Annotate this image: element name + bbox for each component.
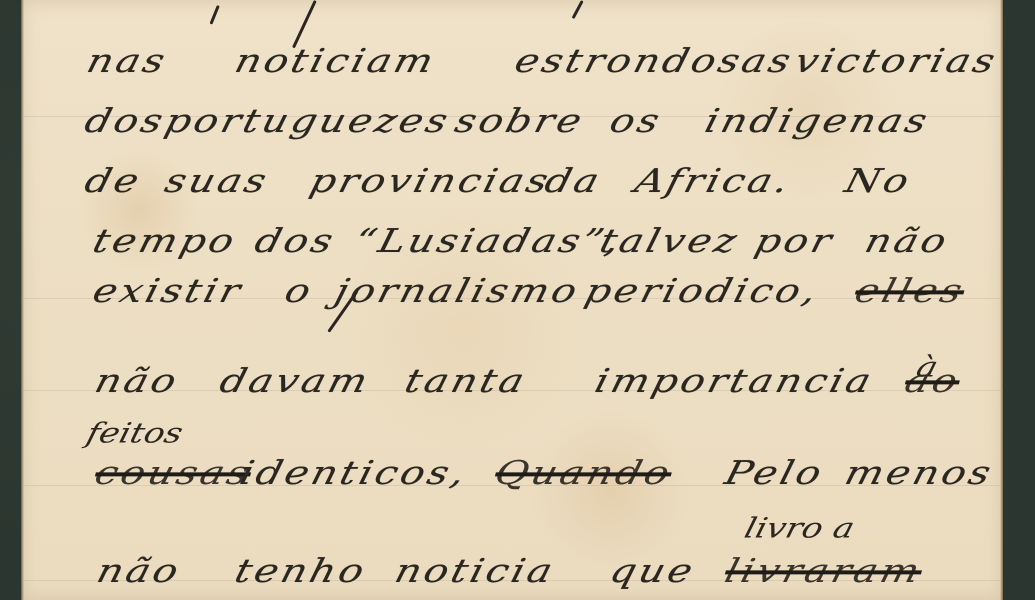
word: noticia <box>391 552 559 590</box>
manuscript-page: nas noticiam estrondosas victorias dos p… <box>21 0 1003 600</box>
word: existir <box>89 272 247 310</box>
struck-word: livraram <box>721 552 926 590</box>
struck-word: Quando <box>491 454 676 492</box>
word: não <box>93 552 185 590</box>
word: dos <box>81 102 170 140</box>
word: Africa. <box>631 162 795 200</box>
word: No <box>841 162 915 200</box>
word: estrondosas <box>511 42 797 80</box>
word: o <box>281 272 317 310</box>
word: indigenas <box>701 102 934 140</box>
manuscript-line-8: não tenho noticia que livraram <box>21 530 1003 590</box>
word: tenho <box>231 552 371 590</box>
word: victorias <box>791 42 1002 80</box>
word: periodico, <box>581 272 823 310</box>
manuscript-line-2: dos portuguezes sobre os indigenas <box>21 80 1003 140</box>
word: noticiam <box>231 42 440 80</box>
manuscript-line-1: nas noticiam estrondosas victorias <box>21 20 1003 80</box>
manuscript-line-3: de suas provincias da Africa. No <box>21 140 1003 200</box>
manuscript-line-7: cousas identicos, Quando Pelo menos <box>21 432 1003 492</box>
word: sobre <box>451 102 588 140</box>
word: menos <box>841 454 997 492</box>
word: de <box>81 162 146 200</box>
word: importancia <box>591 362 878 400</box>
word: não <box>91 362 183 400</box>
word: da <box>541 162 606 200</box>
word: jornalismo <box>331 272 584 310</box>
word: que <box>606 552 699 590</box>
manuscript-frame: nas noticiam estrondosas victorias dos p… <box>0 0 1035 600</box>
word: nas <box>83 42 172 80</box>
word: provincias <box>306 162 555 200</box>
word: portuguezes <box>161 102 454 140</box>
manuscript-line-6: não davam tanta importancia ao <box>21 340 1003 400</box>
word: identicos, <box>236 454 472 492</box>
struck-word: cousas <box>91 454 256 492</box>
word: tanta <box>401 362 531 400</box>
ink-stroke <box>572 0 584 19</box>
struck-word: elles <box>851 272 969 310</box>
word: davam <box>216 362 374 400</box>
manuscript-line-5: existir o jornalismo periodico, elles <box>21 250 1003 310</box>
word: Pelo <box>721 454 828 492</box>
word: os <box>606 102 666 140</box>
word: suas <box>161 162 273 200</box>
